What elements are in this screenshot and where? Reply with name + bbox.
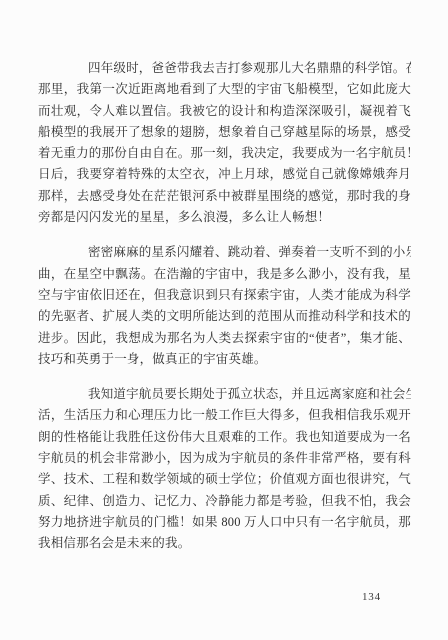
text-line: 朗的性格能让我胜任这份伟大且艰难的工作。我也知道要成为一名 [38,427,411,448]
page-number: 134 [362,591,381,604]
text-line: 技巧和英勇于一身，做真正的宇宙英雄。 [38,349,411,370]
text-line: 学、技术、工程和数学领域的硕士学位；价值观方面也很讲究，气 [38,469,411,490]
text-line: 曲，在星空中飘荡。在浩瀚的宇宙中，我是多么渺小，没有我，星 [38,264,411,285]
text-line: 那样，去感受身处在茫茫银河系中被群星围绕的感觉，那时我的身 [38,186,411,207]
text-line: 质、纪律、创造力、记忆力、冷静能力都是考验，但我不怕，我会 [38,491,411,512]
text-line: 日后，我要穿着特殊的太空衣，冲上月球，感觉自己就像嫦娥奔月 [38,164,411,185]
text-line: 密密麻麻的星系闪耀着、跳动着、弹奏着一支听不到的小乐 [38,242,411,263]
text-line: 船模型的我展开了想象的翅膀，想象着自己穿越星际的场景，感受 [38,122,411,143]
text-line: 四年级时，爸爸带我去吉打参观那儿大名鼎鼎的科学馆。在 [38,58,411,79]
text-line: 空与宇宙依旧还在，但我意识到只有探索宇宙，人类才能成为科学 [38,285,411,306]
text-line: 我知道宇航员要长期处于孤立状态，并且远离家庭和社会生 [38,384,411,405]
text-line: 我相信那名会是未来的我。 [38,533,411,554]
paragraph: 密密麻麻的星系闪耀着、跳动着、弹奏着一支听不到的小乐曲，在星空中飘荡。在浩瀚的宇… [38,242,411,370]
text-line: 旁都是闪闪发光的星星，多么浪漫，多么让人畅想！ [38,207,411,228]
text-line: 进步。因此，我想成为那名为人类去探索宇宙的“使者”，集才能、 [38,328,411,349]
text-line: 而壮观，令人难以置信。我被它的设计和构造深深吸引，凝视着飞 [38,101,411,122]
text-line: 活，生活压力和心理压力比一般工作巨大得多，但我相信我乐观开 [38,405,411,426]
text-line: 宇航员的机会非常渺小，因为成为宇航员的条件非常严格，要有科 [38,448,411,469]
text-line: 的先驱者、扩展人类的文明所能达到的范围从而推动科学和技术的 [38,306,411,327]
paragraph: 四年级时，爸爸带我去吉打参观那儿大名鼎鼎的科学馆。在那里，我第一次近距离地看到了… [38,58,411,228]
text-line: 那里，我第一次近距离地看到了大型的宇宙飞船模型，它如此庞大 [38,79,411,100]
essay-body: 四年级时，爸爸带我去吉打参观那儿大名鼎鼎的科学馆。在那里，我第一次近距离地看到了… [38,58,411,555]
paragraph: 我知道宇航员要长期处于孤立状态，并且远离家庭和社会生活，生活压力和心理压力比一般… [38,384,411,554]
text-line: 努力地挤进宇航员的门槛！如果 800 万人口中只有一名宇航员，那 [38,512,411,533]
document-page: 四年级时，爸爸带我去吉打参观那儿大名鼎鼎的科学馆。在那里，我第一次近距离地看到了… [0,0,448,640]
text-line: 着无重力的那份自由自在。那一刻，我决定，我要成为一名宇航员！ [38,143,411,164]
